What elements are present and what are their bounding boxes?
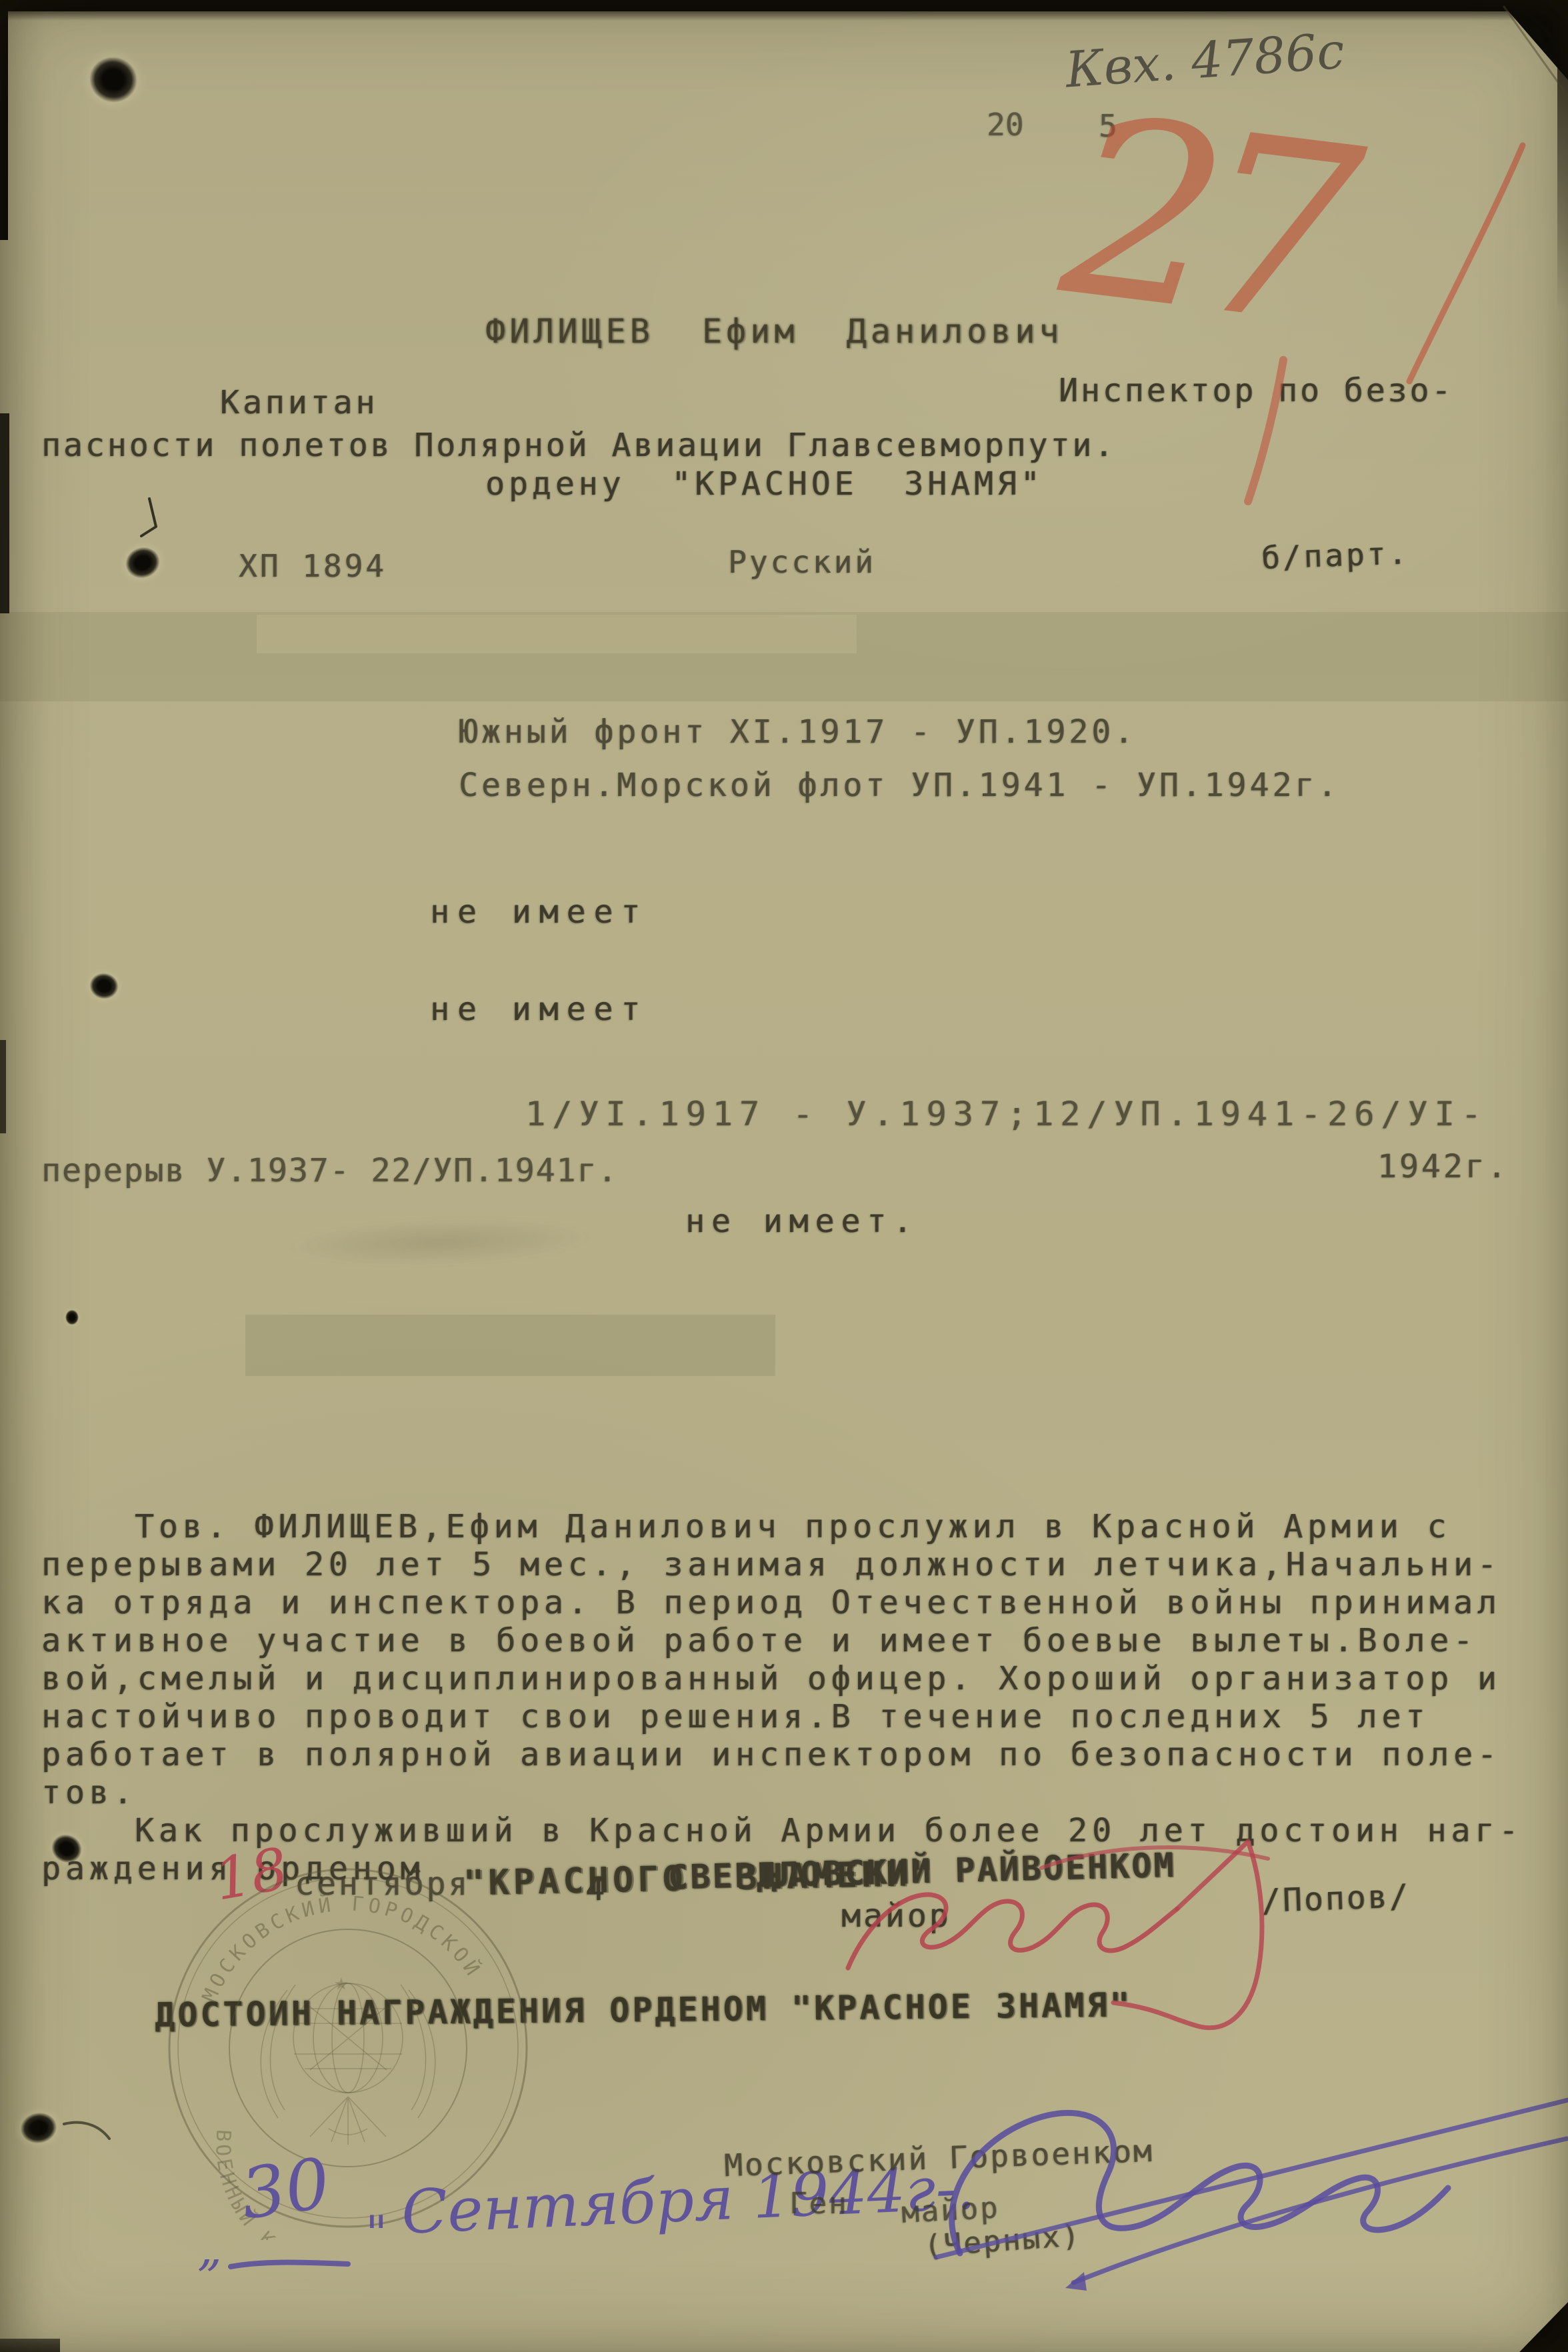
commissar-rank: майор bbox=[841, 1897, 951, 1935]
position-line1: Инспектор по безо- bbox=[1059, 372, 1453, 409]
hole-left-2 bbox=[82, 965, 127, 1007]
hole-left-1 bbox=[113, 535, 172, 590]
general-rank-part1: Ген bbox=[789, 2187, 848, 2221]
citation-line: Тов. ФИЛИЩЕВ,Ефим Данилович прослужил в … bbox=[135, 1508, 1451, 1545]
scanned-award-document: Квх. 4786с 20 5 27 ФИЛИЩЕВ Ефим Данилови… bbox=[0, 0, 1568, 2352]
citation-line: ка отряда и инспектора. В период Отечест… bbox=[41, 1584, 1501, 1621]
dark-patch bbox=[245, 1315, 775, 1376]
citation-line: работает в полярной авиации инспектором … bbox=[41, 1736, 1501, 1773]
violet-signature-arrowhead bbox=[1065, 2272, 1087, 2291]
citation-line: вой,смелый и дисциплинированный офицер. … bbox=[41, 1660, 1501, 1697]
citation-line: активное участие в боевой работе и имеет… bbox=[41, 1622, 1477, 1659]
awards-none: не имеет bbox=[430, 991, 648, 1028]
birth-date: ХП 1894 bbox=[239, 548, 387, 584]
commissar-surname: /Попов/ bbox=[1261, 1877, 1411, 1920]
left-margin-shade bbox=[0, 0, 47, 2352]
commissariat-name: СВЕРДЛОВСКИЙ РАЙВОЕНКОМ bbox=[667, 1846, 1176, 1897]
hand-date-underline bbox=[231, 2263, 348, 2267]
service-break: перерыв У.1937- 22/УП.1941г. bbox=[41, 1152, 618, 1189]
red-mark-diagonal bbox=[1409, 145, 1523, 381]
wounds-none: не имеет bbox=[430, 893, 648, 931]
conclusion-line1: Как прослуживший в Красной Армии более 2… bbox=[135, 1812, 1523, 1849]
army-service-dates: 1/УІ.1917 - У.1937;12/УП.1941-26/УІ- bbox=[525, 1095, 1488, 1133]
citation-line: перерывами 20 лет 5 мес., занимая должно… bbox=[41, 1546, 1501, 1583]
service-front-1: Южный фронт XІ.1917 - УП.1920. bbox=[459, 713, 1137, 751]
hole-left-3 bbox=[63, 1307, 81, 1328]
left-edge-mid bbox=[0, 413, 9, 613]
order-nominated: ордену "КРАСНОЕ ЗНАМЯ" bbox=[485, 465, 1044, 503]
army-service-dates-2: 1942г. bbox=[1377, 1148, 1509, 1185]
general-rank-part2: майор bbox=[901, 2191, 1001, 2230]
day-typed-4: 4 bbox=[585, 1871, 605, 1908]
stamp-emblem bbox=[261, 1983, 435, 2145]
penalties-none: не имеет. bbox=[685, 1203, 919, 1240]
rank: Капитан bbox=[220, 384, 378, 421]
red-grade-mark: 27 bbox=[1050, 63, 1351, 381]
paper-crack-2 bbox=[64, 2123, 109, 2139]
corner-tear-bottomright bbox=[1493, 2288, 1568, 2352]
corner-fold-topright bbox=[1499, 0, 1568, 80]
moscow-commissariat: Московский Горвоенком bbox=[723, 2133, 1154, 2183]
top-edge bbox=[0, 0, 1568, 11]
hand-date-open-quote: „ bbox=[197, 2220, 222, 2276]
citation-line: настойчиво проводит свои решения.В течен… bbox=[41, 1698, 1429, 1735]
dark-band bbox=[0, 612, 1568, 701]
hole-bottom-left bbox=[10, 2103, 67, 2153]
ink-smudge bbox=[286, 1213, 594, 1271]
bottom-left-shade bbox=[0, 2339, 60, 2352]
nationality: Русский bbox=[728, 544, 876, 580]
paper-crack bbox=[141, 499, 156, 536]
position-line2: пасности полетов Полярной Авиации Главсе… bbox=[41, 427, 1116, 464]
hand-date-day-30: 30 bbox=[236, 2142, 335, 2235]
top-edge-fade bbox=[0, 11, 1568, 21]
service-front-2: Северн.Морской флот УП.1941 - УП.1942г. bbox=[459, 767, 1340, 804]
citation-line: тов. bbox=[41, 1774, 137, 1811]
hand-date-close-quote: " bbox=[365, 2205, 387, 2261]
hole-top-left bbox=[73, 41, 153, 118]
awardee-name: ФИЛИЩЕВ Ефим Данилович bbox=[485, 312, 1063, 351]
stamp-star-icon: ★ bbox=[334, 1969, 349, 1996]
light-patch bbox=[257, 615, 857, 653]
left-edge-top bbox=[0, 0, 8, 240]
party-status: б/парт. bbox=[1261, 535, 1410, 576]
page-number-left: 20 bbox=[987, 107, 1023, 143]
left-edge-low bbox=[0, 1040, 6, 1133]
